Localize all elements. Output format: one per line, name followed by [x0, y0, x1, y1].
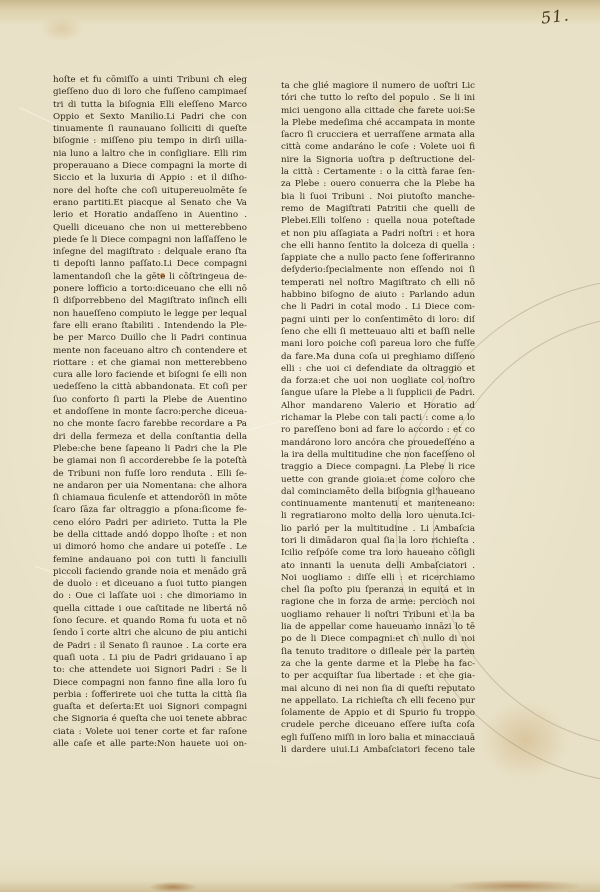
- text-line: la Plebe medeſima ché accampata in monte: [281, 117, 475, 129]
- text-line: ponere lofficio a torto:diceuano che ell…: [53, 283, 247, 295]
- text-line: be della cittade andó doppo lhoſte : et …: [53, 529, 247, 541]
- text-line: mai alcuno di nei non ſia di queſti repu…: [281, 683, 475, 695]
- text-line: ſangue uſare la Plebe a li ſupplicii de …: [281, 387, 475, 399]
- text-line: inſegne del magiſtrato : delquale erano …: [53, 246, 247, 258]
- text-line: po de li Diece compagni:et cħ nullo di n…: [281, 633, 475, 645]
- text-line: lamentandoſi che la gēte li cōſtringeua …: [53, 271, 247, 283]
- text-line: piccoli faciendo grande noia et menādo g…: [53, 566, 247, 578]
- text-line: uedeſſeno la città abbandonata. Et coſi …: [53, 381, 247, 393]
- text-line: perbia : ſofferirete uoi che tutta la ci…: [53, 689, 247, 701]
- text-line: riottare : et che giamai non metterebben…: [53, 357, 247, 369]
- text-line: tóri che tutto lo reſto del populo . Se …: [281, 92, 475, 104]
- text-line: crudele perche diceuano eſſere iuſta coſ…: [281, 719, 475, 731]
- text-line: da fare.Ma duna coſa ui preghiamo diſſen…: [281, 351, 475, 363]
- text-line: quella cittade i oue caſtitade ne libert…: [53, 603, 247, 615]
- text-line: traggio a Diece compagni. La Plebe li ri…: [281, 461, 475, 473]
- text-line: za che la gente darme et la Plebe ha fac…: [281, 658, 475, 670]
- text-line: fare elli erano ſtabiliti . Intendendo l…: [53, 320, 247, 332]
- text-line: ſacro ſi crucciera et uerraſſene armata …: [281, 129, 475, 141]
- text-line: Noi uogliamo : diſſe elli : et ricerchia…: [281, 572, 475, 584]
- text-line: Icilio reſpóſe come tra loro haueano cōſ…: [281, 547, 475, 559]
- text-line: li regratiarono molto della loro uenuta.…: [281, 510, 475, 522]
- text-line: ſappiate che a nullo pacto ſene ſofferir…: [281, 252, 475, 264]
- text-line: et andoſſene in monte ſacro:perche diceu…: [53, 406, 247, 418]
- text-line: do : Oue ci laſſate uoi : che dimoriamo …: [53, 590, 247, 602]
- text-line: che elli hanno ſentito la dolceza di que…: [281, 240, 475, 252]
- text-line: mente non faceuano altro cħ contendere e…: [53, 345, 247, 357]
- foxing-stain: [40, 16, 84, 42]
- text-line: ro pareſſeno boni ad fare lo accordo : e…: [281, 424, 475, 436]
- text-line: pagni uinti per lo conſentimēto di loro:…: [281, 314, 475, 326]
- text-line: guaſta et deſerta:Et uoi Signori compagn…: [53, 701, 247, 713]
- text-line: no che monte ſacro farebbe recordare a P…: [53, 418, 247, 430]
- text-line: piede ſe li Diece compagni non laſſaſſen…: [53, 234, 247, 246]
- book-page-scan: 51. hoſte et fu cōmiſſo a uinti Tribuni …: [0, 0, 600, 892]
- text-line: li dardere uiui.Li Ambaſciatori feceno t…: [281, 744, 475, 756]
- text-line: Diece compagni non fanno fine alla loro …: [53, 677, 247, 689]
- text-line: uogliamo rehauer li noſtri Tribuni et la…: [281, 609, 475, 621]
- text-line: bia li ſuoi Tribuni . Noi piutoſto manch…: [281, 191, 475, 203]
- text-line: nire la Signoria uoſtra p deſtructione d…: [281, 154, 475, 166]
- text-line: properauano a Diece compagni la morte di: [53, 160, 247, 172]
- foxing-stain: [150, 882, 196, 892]
- text-line: tori li dimādaron qual ſia la loro richi…: [281, 535, 475, 547]
- text-line: ſolamente de Appio et di Spurio fu tropp…: [281, 707, 475, 719]
- text-line: mani loro poiche coſi pareua loro che fu…: [281, 338, 475, 350]
- text-line: deſyderio:ſpecialmente non eſſendo noi ſ…: [281, 264, 475, 276]
- text-line: la città : Certamente : o la città farae…: [281, 166, 475, 178]
- text-line: continuamente mantenuti et manteneano:: [281, 498, 475, 510]
- text-line: Oppio et Sexto Manilio.Li Padri che con: [53, 111, 247, 123]
- text-line: nia luno a laltro che in conſigliare. El…: [53, 148, 247, 160]
- text-line: remo de Magiſtrati Patritii che quelli d…: [281, 203, 475, 215]
- text-line: che Signoria é queſta che uoi tenete abb…: [53, 713, 247, 725]
- folio-number: 51.: [540, 5, 571, 27]
- text-line: richamar la Plebe con tali pacti : come …: [281, 412, 475, 424]
- text-line: lia de appellar come haueuamo innāzi lo …: [281, 621, 475, 633]
- text-line: ragione che in forza de arme: perciocħ n…: [281, 596, 475, 608]
- text-line: ſendo ī corte altri che alcuno de piu an…: [53, 627, 247, 639]
- text-line: ato innanti la uenuta delli Ambaſciatori…: [281, 560, 475, 572]
- text-line: lerio et Horatio andaſſeno in Auentino .: [53, 209, 247, 221]
- text-column-right: ta che glié magiore il numero de uoſtri …: [281, 80, 475, 756]
- text-line: chel ſia poſto piu ſperanza in equitá et…: [281, 584, 475, 596]
- text-line: ceno elóro Padri per adirieto. Tutta la …: [53, 517, 247, 529]
- text-line: Siccio et la luxuria di Appio : et il di…: [53, 172, 247, 184]
- text-line: de Padri : il Senato ſi raunoe . La cort…: [53, 640, 247, 652]
- text-line: da forza:et che uoi non uogliate col noſ…: [281, 375, 475, 387]
- text-line: elli : che uoi ci defendiate da oltraggi…: [281, 363, 475, 375]
- text-line: quaſi uota . Li piu de Padri gridauano ī…: [53, 652, 247, 664]
- text-line: ſi chiamaua ficulenſe et attendorōſi in …: [53, 492, 247, 504]
- text-line: dal cominciamēto della biſognia gl'hauea…: [281, 486, 475, 498]
- text-line: Quelli diceuano che non ui metterebbeno: [53, 222, 247, 234]
- text-line: femine andauano poi con tutti li fanciul…: [53, 554, 247, 566]
- text-line: ui dimoró homo che andare ui poteſſe . L…: [53, 541, 247, 553]
- text-line: che li Padri in cotal modo . Li Diece co…: [281, 301, 475, 313]
- text-line: Alhor mandareno Valerio et Horatio ad: [281, 400, 475, 412]
- text-line: mandárono loro ancóra che prouedeſſeno a: [281, 437, 475, 449]
- text-line: tinuamente ſi raunauano ſolliciti di que…: [53, 123, 247, 135]
- text-line: ſeno che elli ſi metteuauo alti et baſſi…: [281, 326, 475, 338]
- text-line: be giamai non ſi accorderebbe ſe la pote…: [53, 455, 247, 467]
- text-line: alle caſe et alle parte:Non hauete uoi o…: [53, 738, 247, 750]
- text-line: mici uengono alla cittade che farete uoi…: [281, 105, 475, 117]
- text-line: erano partiti.Et piacque al Senato che V…: [53, 197, 247, 209]
- text-line: ciata : Volete uoi tener corte et far ra…: [53, 726, 247, 738]
- text-line: ſia tenuto traditore o diſleale per la p…: [281, 646, 475, 658]
- text-line: nore del hoſte che coſi uitupereuolmēte …: [53, 185, 247, 197]
- text-line: et non piu aſſagiata a Padri noſtri : et…: [281, 228, 475, 240]
- text-line: de Tribuni non fuſſe loro renduta . Elli…: [53, 468, 247, 480]
- text-line: ſuo conforto ſi parti la Plebe de Auenti…: [53, 394, 247, 406]
- text-line: città come andaráno le coſe : Volete uoi…: [281, 141, 475, 153]
- text-line: tri di tutta la biſognia Elli eleſſeno M…: [53, 99, 247, 111]
- text-line: hoſte et fu cōmiſſo a uinti Tribuni cħ e…: [53, 74, 247, 86]
- text-line: habbino biſogno de aiuto : Parlando adun: [281, 289, 475, 301]
- text-line: dri della fermeza et della conſtantia de…: [53, 431, 247, 443]
- text-line: ta che glié magiore il numero de uoſtri …: [281, 80, 475, 92]
- text-line: temperati nel noſtro Magiſtrato cħ elli …: [281, 277, 475, 289]
- text-line: ne appellato. La richieſta cħ elli fecen…: [281, 695, 475, 707]
- text-column-left: hoſte et fu cōmiſſo a uinti Tribuni cħ e…: [53, 74, 247, 750]
- text-line: ne andaron per uia Nomentana: che alhora: [53, 480, 247, 492]
- text-line: ti depoſti lanno paſſato.Li Dece compagn…: [53, 258, 247, 270]
- text-line: ſono ſecure. et quando Roma fu uota et n…: [53, 615, 247, 627]
- text-line: be per Marco Duillo che li Padri continu…: [53, 332, 247, 344]
- text-line: za Plebe : ouero conuerra che la Plebe h…: [281, 178, 475, 190]
- text-line: to: che attendete uoi Signori Padri : Se…: [53, 664, 247, 676]
- text-line: gieſſeno duo di loro che fuſſeno campima…: [53, 86, 247, 98]
- foxing-stain: [450, 880, 580, 892]
- text-line: Plebei.Elli tolſeno : quella noua poteſt…: [281, 215, 475, 227]
- text-line: lio parló per la multitudine . Li Ambaſc…: [281, 523, 475, 535]
- text-line: de duolo : et diceuano a ſuoi tutto pian…: [53, 578, 247, 590]
- text-line: Plebe:che bene ſapeano li Padri che la P…: [53, 443, 247, 455]
- text-line: uette con grande gioia:et come coloro ch…: [281, 474, 475, 486]
- text-line: egli fuſſeno miſſi in loro balia et mina…: [281, 732, 475, 744]
- text-line: ſcaro ſāza far oltraggio a pſona:ſicome …: [53, 504, 247, 516]
- text-line: to per acquiſtar ſua libertade : et che …: [281, 670, 475, 682]
- text-line: biſognie : miſſeno piu tempo in dirſi ui…: [53, 135, 247, 147]
- text-line: cura alle loro faciende et biſogni ſe el…: [53, 369, 247, 381]
- text-line: ſi diſporrebbeno del Magiſtrato inſincħ …: [53, 295, 247, 307]
- text-line: la ira della multitudine che non faceſſe…: [281, 449, 475, 461]
- text-line: non haueſſeno compiuto le legge per lequ…: [53, 308, 247, 320]
